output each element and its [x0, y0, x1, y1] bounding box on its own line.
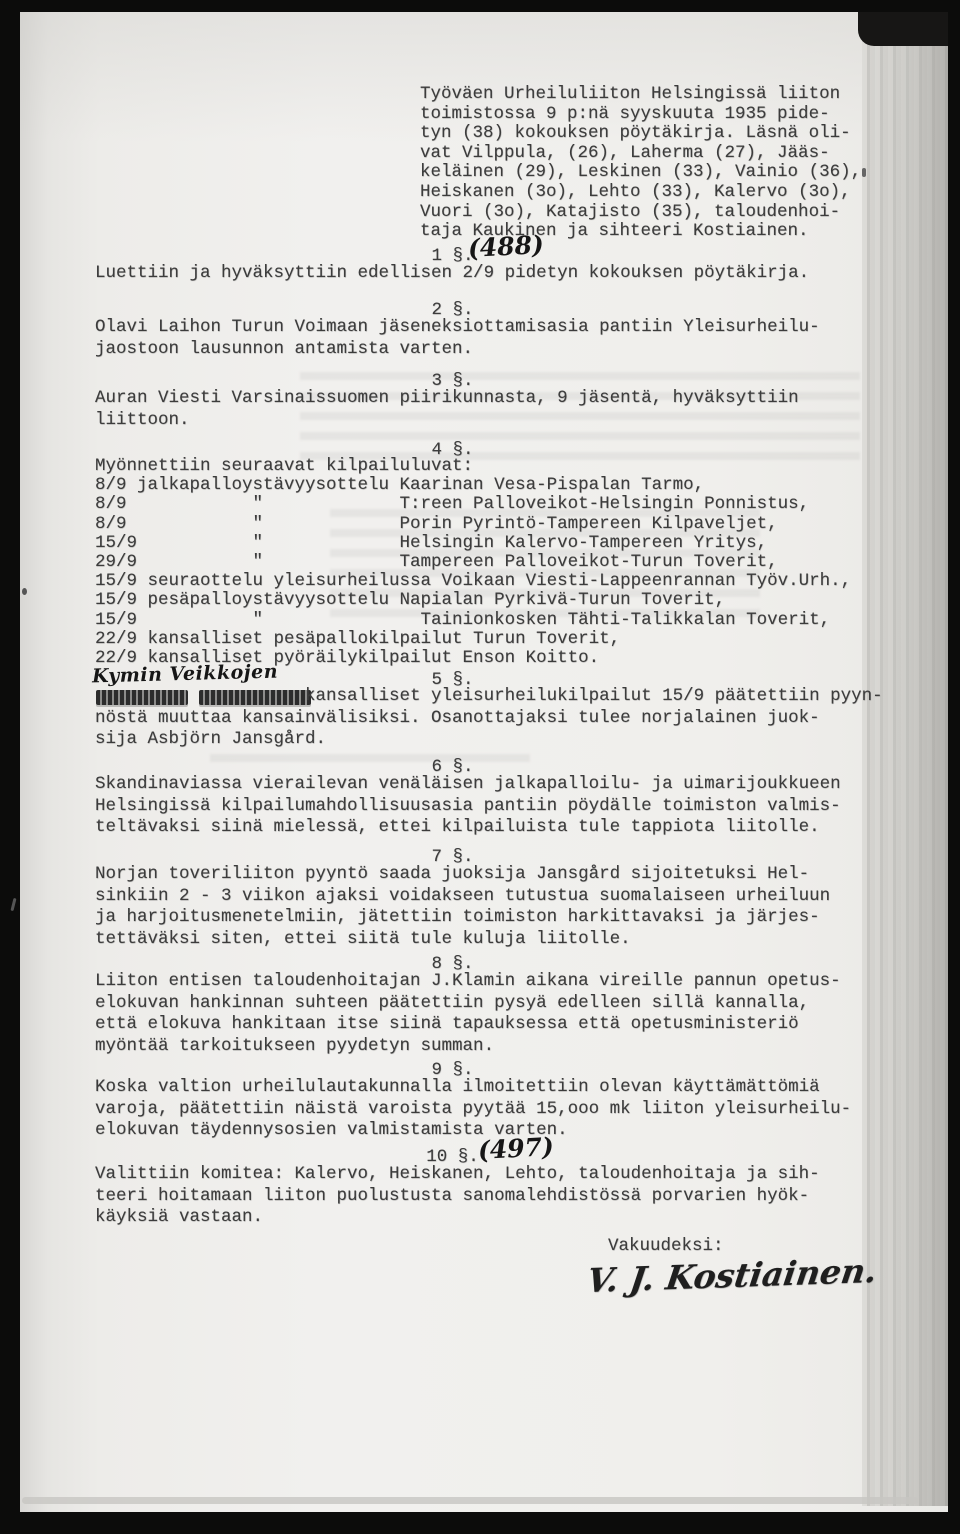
section-7-body: Norjan toveriliiton pyyntö saada juoksij… — [95, 864, 830, 950]
scan-edge-bottom — [0, 1512, 960, 1534]
section-5-body: kansalliset yleisurheilukilpailut 15/9 p… — [95, 686, 883, 751]
section-1-body: Luettiin ja hyväksyttiin edellisen 2/9 p… — [95, 263, 809, 285]
scan-edge-left — [0, 0, 20, 1534]
handwritten-number-488: (488) — [467, 230, 544, 263]
bottom-page-edge — [22, 1497, 918, 1504]
section-10-body: Valittiin komitea: Kalervo, Heiskanen, L… — [95, 1164, 820, 1229]
handwritten-number-497: (497) — [477, 1132, 554, 1165]
attestation-label: Vakuudeksi: — [608, 1236, 724, 1258]
section-9-body: Koska valtion urheilulautakunnalla ilmoi… — [95, 1077, 851, 1142]
section-4-body: Myönnettiin seuraavat kilpailuluvat: 8/9… — [95, 457, 851, 668]
section-8-body: Liiton entisen taloudenhoitajan J.Klamin… — [95, 971, 841, 1057]
scan-edge-right — [948, 0, 960, 1534]
section-2-body: Olavi Laihon Turun Voimaan jäseneksiotta… — [95, 317, 820, 360]
scan-edge-top — [0, 0, 960, 12]
section-6-body: Skandinaviassa vierailevan venäläisen ja… — [95, 774, 841, 839]
ink-speck — [22, 588, 27, 595]
ink-speck — [862, 168, 866, 177]
section-3-body: Auran Viesti Varsinaissuomen piirikunnas… — [95, 388, 799, 431]
minutes-header: Työväen Urheiluliiton Helsingissä liiton… — [420, 85, 861, 242]
